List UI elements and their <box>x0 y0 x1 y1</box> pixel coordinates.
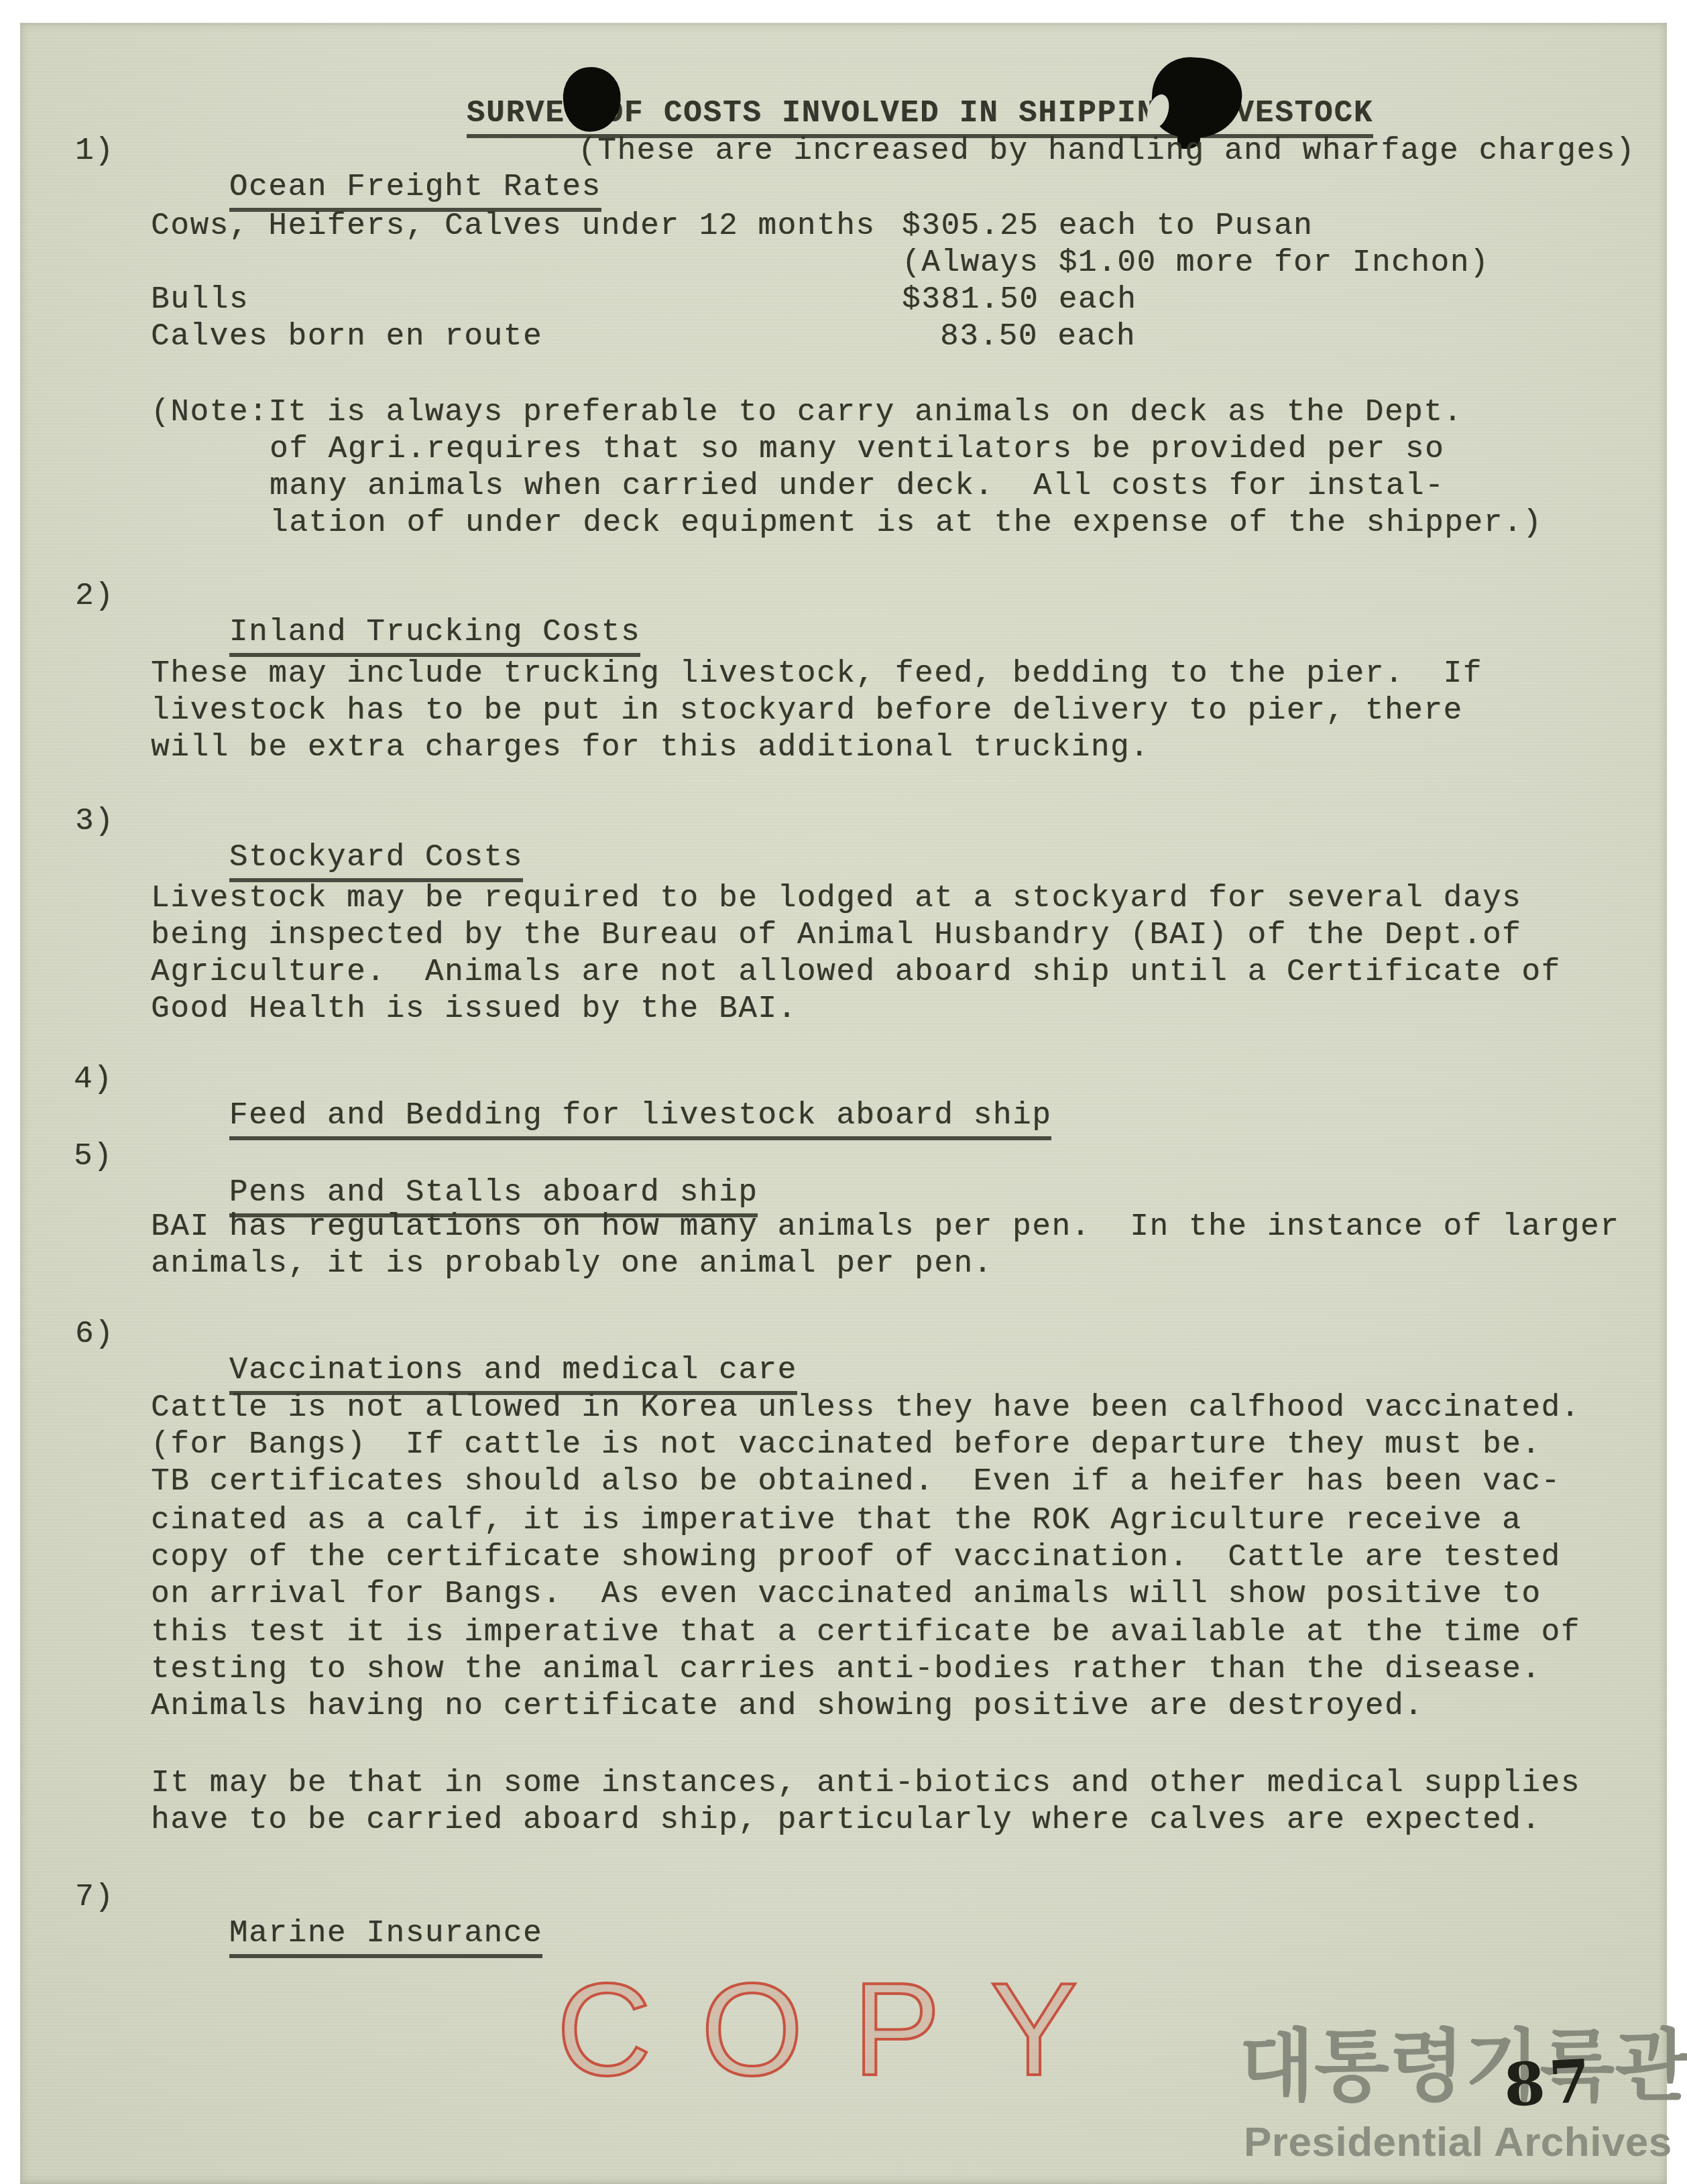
body-line: It may be that in some instances, anti-b… <box>151 1765 1580 1801</box>
body-line: on arrival for Bangs. As even vaccinated… <box>151 1576 1541 1612</box>
section-7-heading-text: Marine Insurance <box>229 1915 542 1958</box>
scanned-document-page: SURVEY OF COSTS INVOLVED IN SHIPPING LIV… <box>0 0 1687 2184</box>
section-2-number: 2) <box>75 578 114 614</box>
body-line: livestock has to be put in stockyard bef… <box>151 692 1463 729</box>
copy-stamp: COPY <box>557 1963 1127 2097</box>
rate-price-bulls: $381.50 each <box>902 282 1137 318</box>
body-line: have to be carried aboard ship, particul… <box>151 1802 1541 1838</box>
body-line: copy of the certificate showing proof of… <box>151 1539 1561 1575</box>
section-1-heading-text: Ocean Freight Rates <box>229 169 601 212</box>
rate-item-calves-en-route: Calves born en route <box>151 318 542 355</box>
body-line: will be extra charges for this additiona… <box>151 729 1149 766</box>
rate-price-inchon-note: (Always $1.00 more for Inchon) <box>902 245 1489 281</box>
rate-price-cows: $305.25 each to Pusan <box>902 208 1313 244</box>
section-6-number: 6) <box>75 1316 114 1352</box>
note-line: of Agri.requires that so many ventilator… <box>270 431 1444 467</box>
body-line: Cattle is not allowed in Korea unless th… <box>151 1390 1580 1426</box>
section-3-number: 3) <box>75 803 114 839</box>
body-line: Good Health is issued by the BAI. <box>151 991 797 1027</box>
body-line: Agriculture. Animals are not allowed abo… <box>151 954 1561 990</box>
section-1-heading-note: (These are increased by handling and wha… <box>578 133 1635 169</box>
rate-item-bulls: Bulls <box>151 282 249 318</box>
body-line: animals, it is probably one animal per p… <box>151 1246 993 1282</box>
note-line: lation of under deck equipment is at the… <box>270 505 1542 541</box>
body-line: (for Bangs) If cattle is not vaccinated … <box>151 1427 1541 1463</box>
section-3-heading-text: Stockyard Costs <box>229 839 523 882</box>
body-line: These may include trucking livestock, fe… <box>151 656 1482 692</box>
section-5-number: 5) <box>74 1138 113 1174</box>
body-line: being inspected by the Bureau of Animal … <box>151 917 1521 953</box>
body-line: testing to show the animal carries anti-… <box>151 1651 1541 1687</box>
body-line: Livestock may be required to be lodged a… <box>151 880 1521 916</box>
note-line: (Note:It is always preferable to carry a… <box>151 394 1463 430</box>
body-line: BAI has regulations on how many animals … <box>151 1209 1619 1245</box>
section-7-number: 7) <box>75 1879 114 1915</box>
section-4-heading-text: Feed and Bedding for livestock aboard sh… <box>229 1097 1052 1140</box>
page-number-stamp: 87 <box>1503 2051 1596 2116</box>
section-7-heading: Marine Insurance <box>151 1879 542 1994</box>
body-line: this test it is imperative that a certif… <box>151 1614 1580 1650</box>
korean-watermark: 대통령기록관 <box>1239 2026 1687 2106</box>
rate-item-cows: Cows, Heifers, Calves under 12 months <box>151 208 876 244</box>
body-line: cinated as a calf, it is imperative that… <box>151 1502 1521 1538</box>
body-line: Animals having no certificate and showin… <box>151 1688 1423 1724</box>
english-watermark: Presidential Archives <box>1244 2120 1672 2165</box>
section-1-number: 1) <box>75 133 114 169</box>
rate-price-calves-en-route: 83.50 each <box>940 318 1136 355</box>
section-2-heading-text: Inland Trucking Costs <box>229 614 640 657</box>
body-line: TB certificates should also be obtained.… <box>151 1463 1561 1500</box>
note-line: many animals when carried under deck. Al… <box>270 468 1444 504</box>
section-4-number: 4) <box>74 1061 113 1097</box>
section-6-heading-text: Vaccinations and medical care <box>229 1352 797 1395</box>
